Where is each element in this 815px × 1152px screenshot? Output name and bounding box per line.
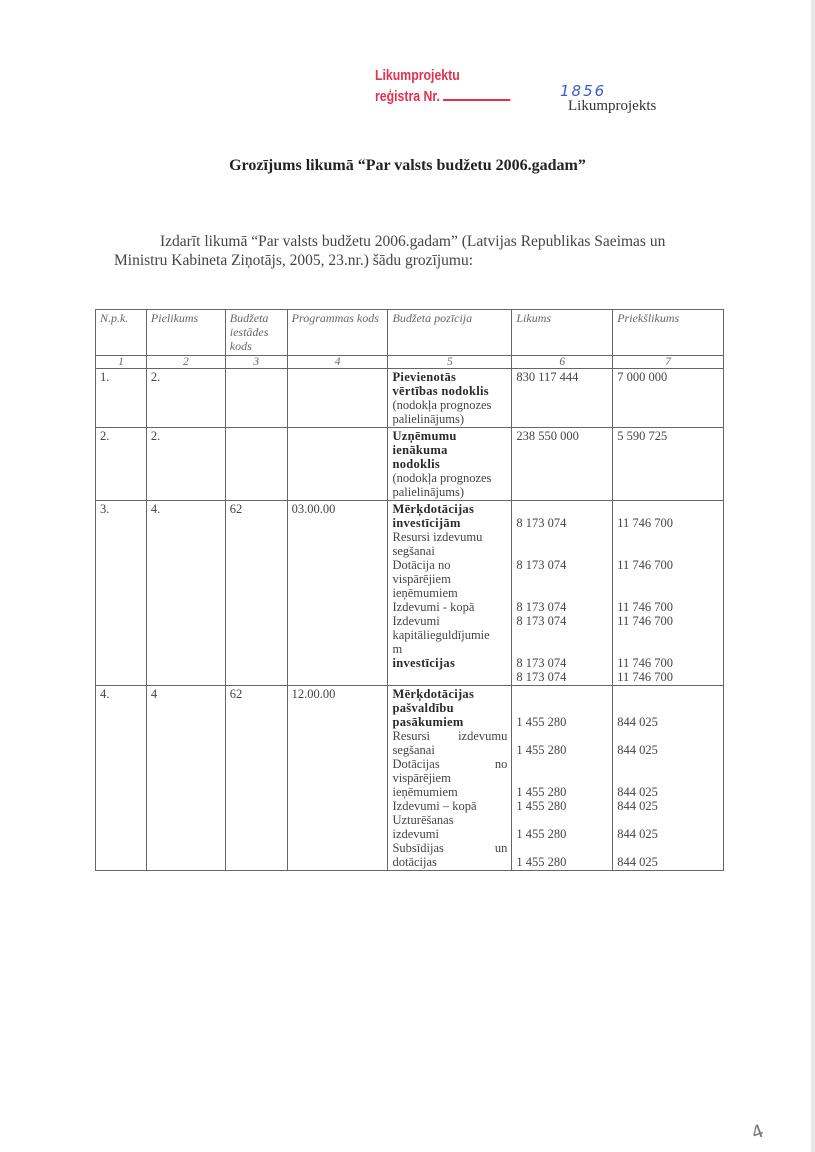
amount-value: 11 746 700: [617, 656, 719, 670]
position-line: Uzņēmumu: [392, 429, 507, 443]
cell-npk: 1.: [96, 369, 147, 428]
header-budzeta-iestades-kods: Budžeta iestādes kods: [225, 310, 287, 356]
header-budzeta-pozicija: Budžeta pozīcija: [388, 310, 512, 356]
column-number-row: 1 2 3 4 5 6 7: [96, 356, 724, 369]
header-prieksl: Priekšlikums: [613, 310, 724, 356]
amount-value: [516, 841, 608, 855]
cell-npk: 3.: [96, 501, 147, 686]
amount-value: 8 173 074: [516, 600, 608, 614]
amount-value: 8 173 074: [516, 670, 608, 684]
position-line: vispārējiem: [392, 771, 507, 785]
amount-value: 11 746 700: [617, 670, 719, 684]
registration-stamp: Likumprojektu reģistra Nr.: [375, 66, 511, 106]
document-title: Grozījums likumā “Par valsts budžetu 200…: [0, 157, 815, 175]
column-number: 7: [613, 356, 724, 369]
amount-value: 844 025: [617, 855, 719, 869]
position-line: (nodokļa prognozes: [392, 398, 507, 412]
registration-number-underline: [443, 85, 510, 101]
table-body: 1.2.Pievienotāsvērtības nodoklis(nodokļa…: [96, 369, 724, 871]
position-line: Uzturēšanas: [392, 813, 507, 827]
intro-text: Izdarīt likumā “Par valsts budžetu 2006.…: [114, 233, 665, 269]
amount-value: 1 455 280: [516, 785, 608, 799]
amount-value: [516, 813, 608, 827]
position-line: nodoklis: [392, 457, 507, 471]
position-line: Resursi izdevumu: [392, 530, 507, 544]
position-line: palielinājums): [392, 412, 507, 426]
position-line: Pievienotās: [392, 370, 507, 384]
amount-value: [617, 813, 719, 827]
cell-budzeta-iestades-kods: [225, 428, 287, 501]
cell-likums: 1 455 2801 455 2801 455 2801 455 2801 45…: [512, 686, 613, 871]
position-line: segšanai: [392, 743, 507, 757]
cell-npk: 2.: [96, 428, 147, 501]
position-line: [392, 670, 507, 684]
table-header-row: N.p.k. Pielikums Budžeta iestādes kods P…: [96, 310, 724, 356]
amount-value: [516, 502, 608, 516]
intro-paragraph: Izdarīt likumā “Par valsts budžetu 2006.…: [114, 232, 714, 270]
position-line: ieņēmumiem: [392, 586, 507, 600]
amount-value: [516, 771, 608, 785]
amount-value: [516, 642, 608, 656]
cell-programmas-kods: 03.00.00: [287, 501, 388, 686]
cell-prieksl: 5 590 725: [613, 428, 724, 501]
position-line: Izdevumi - kopā: [392, 600, 507, 614]
amount-value: 844 025: [617, 743, 719, 757]
cell-pielikums: 2.: [146, 428, 225, 501]
amount-value: 844 025: [617, 715, 719, 729]
position-line: Izdevumi: [392, 614, 507, 628]
stamp-label: reģistra Nr.: [375, 88, 440, 105]
amount-value: 844 025: [617, 827, 719, 841]
column-number: 3: [225, 356, 287, 369]
handwritten-page-mark: 4: [749, 1121, 767, 1145]
amount-value: [516, 572, 608, 586]
stamp-line2: reģistra Nr.: [375, 85, 511, 106]
position-line: ieņēmumiem: [392, 785, 507, 799]
amount-value: [617, 586, 719, 600]
amount-value: 5 590 725: [617, 429, 719, 443]
cell-npk: 4.: [96, 686, 147, 871]
amount-value: [617, 729, 719, 743]
position-line: Mērķdotācijas: [392, 502, 507, 516]
amount-value: 844 025: [617, 785, 719, 799]
cell-pielikums: 4: [146, 686, 225, 871]
amount-value: 8 173 074: [516, 516, 608, 530]
cell-pielikums: 4.: [146, 501, 225, 686]
cell-prieksl: 7 000 000: [613, 369, 724, 428]
amount-value: [617, 572, 719, 586]
column-number: 4: [287, 356, 388, 369]
column-number: 6: [512, 356, 613, 369]
amount-value: 1 455 280: [516, 855, 608, 869]
amount-value: 11 746 700: [617, 516, 719, 530]
cell-programmas-kods: [287, 369, 388, 428]
table-row: 3.4.6203.00.00MērķdotācijasinvestīcijāmR…: [96, 501, 724, 686]
position-line: dotācijas: [392, 855, 507, 869]
header-programmas-kods: Programmas kods: [287, 310, 388, 356]
amount-value: [516, 544, 608, 558]
amount-value: 11 746 700: [617, 614, 719, 628]
cell-budzeta-iestades-kods: 62: [225, 501, 287, 686]
position-line: Resursi izdevumu: [392, 729, 507, 743]
amount-value: [516, 701, 608, 715]
cell-budzeta-iestades-kods: [225, 369, 287, 428]
cell-likums: 238 550 000: [512, 428, 613, 501]
cell-programmas-kods: 12.00.00: [287, 686, 388, 871]
amount-value: 1 455 280: [516, 827, 608, 841]
position-line: ienākuma: [392, 443, 507, 457]
amount-value: 8 173 074: [516, 614, 608, 628]
amount-value: [516, 586, 608, 600]
amount-value: 11 746 700: [617, 558, 719, 572]
cell-budzeta-iestades-kods: 62: [225, 686, 287, 871]
position-line: investīcijas: [392, 656, 507, 670]
amount-value: [516, 757, 608, 771]
amount-value: [617, 841, 719, 855]
column-number: 1: [96, 356, 147, 369]
header-pielikums: Pielikums: [146, 310, 225, 356]
amount-value: [617, 701, 719, 715]
header-likums: Likums: [512, 310, 613, 356]
cell-programmas-kods: [287, 428, 388, 501]
amount-value: [617, 544, 719, 558]
amount-value: 844 025: [617, 799, 719, 813]
position-line: vispārējiem: [392, 572, 507, 586]
position-line: Subsīdijas un: [392, 841, 507, 855]
position-line: investīcijām: [392, 516, 507, 530]
amount-value: [516, 628, 608, 642]
cell-budzeta-pozicija: Pievienotāsvērtības nodoklis(nodokļa pro…: [388, 369, 512, 428]
position-line: Izdevumi – kopā: [392, 799, 507, 813]
position-line: vērtības nodoklis: [392, 384, 507, 398]
amount-value: [516, 729, 608, 743]
amount-value: [617, 502, 719, 516]
position-line: m: [392, 642, 507, 656]
amount-value: [617, 687, 719, 701]
table-row: 2.2.Uzņēmumuienākumanodoklis(nodokļa pro…: [96, 428, 724, 501]
amount-value: 7 000 000: [617, 370, 719, 384]
cell-budzeta-pozicija: MērķdotācijaspašvaldībupasākumiemResursi…: [388, 686, 512, 871]
position-line: Dotācija no: [392, 558, 507, 572]
stamp-line1: Likumprojektu: [375, 66, 511, 85]
header-npk: N.p.k.: [96, 310, 147, 356]
position-line: (nodokļa prognozes: [392, 471, 507, 485]
amount-value: 1 455 280: [516, 743, 608, 757]
amount-value: [617, 530, 719, 544]
amount-value: [617, 771, 719, 785]
position-line: pasākumiem: [392, 715, 507, 729]
column-number: 5: [388, 356, 512, 369]
amount-value: 238 550 000: [516, 429, 608, 443]
cell-prieksl: 11 746 70011 746 70011 746 70011 746 700…: [613, 501, 724, 686]
amount-value: 8 173 074: [516, 656, 608, 670]
cell-likums: 8 173 0748 173 0748 173 0748 173 0748 17…: [512, 501, 613, 686]
amount-value: [617, 642, 719, 656]
column-number: 2: [146, 356, 225, 369]
budget-amendment-table: N.p.k. Pielikums Budžeta iestādes kods P…: [95, 309, 724, 871]
amount-value: 11 746 700: [617, 600, 719, 614]
document-type: Likumprojekts: [568, 98, 656, 115]
table-row: 1.2.Pievienotāsvērtības nodoklis(nodokļa…: [96, 369, 724, 428]
position-line: kapitālieguldījumie: [392, 628, 507, 642]
amount-value: [617, 757, 719, 771]
amount-value: [516, 687, 608, 701]
position-line: segšanai: [392, 544, 507, 558]
position-line: Mērķdotācijas: [392, 687, 507, 701]
cell-pielikums: 2.: [146, 369, 225, 428]
cell-budzeta-pozicija: MērķdotācijasinvestīcijāmResursi izdevum…: [388, 501, 512, 686]
table-row: 4.46212.00.00Mērķdotācijaspašvaldībupasā…: [96, 686, 724, 871]
cell-budzeta-pozicija: Uzņēmumuienākumanodoklis(nodokļa prognoz…: [388, 428, 512, 501]
position-line: izdevumi: [392, 827, 507, 841]
cell-likums: 830 117 444: [512, 369, 613, 428]
position-line: palielinājums): [392, 485, 507, 499]
amount-value: 8 173 074: [516, 558, 608, 572]
amount-value: [617, 628, 719, 642]
amount-value: 830 117 444: [516, 370, 608, 384]
amount-value: 1 455 280: [516, 715, 608, 729]
cell-prieksl: 844 025844 025844 025844 025844 025844 0…: [613, 686, 724, 871]
position-line: pašvaldību: [392, 701, 507, 715]
position-line: Dotācijas no: [392, 757, 507, 771]
amount-value: [516, 530, 608, 544]
amount-value: 1 455 280: [516, 799, 608, 813]
